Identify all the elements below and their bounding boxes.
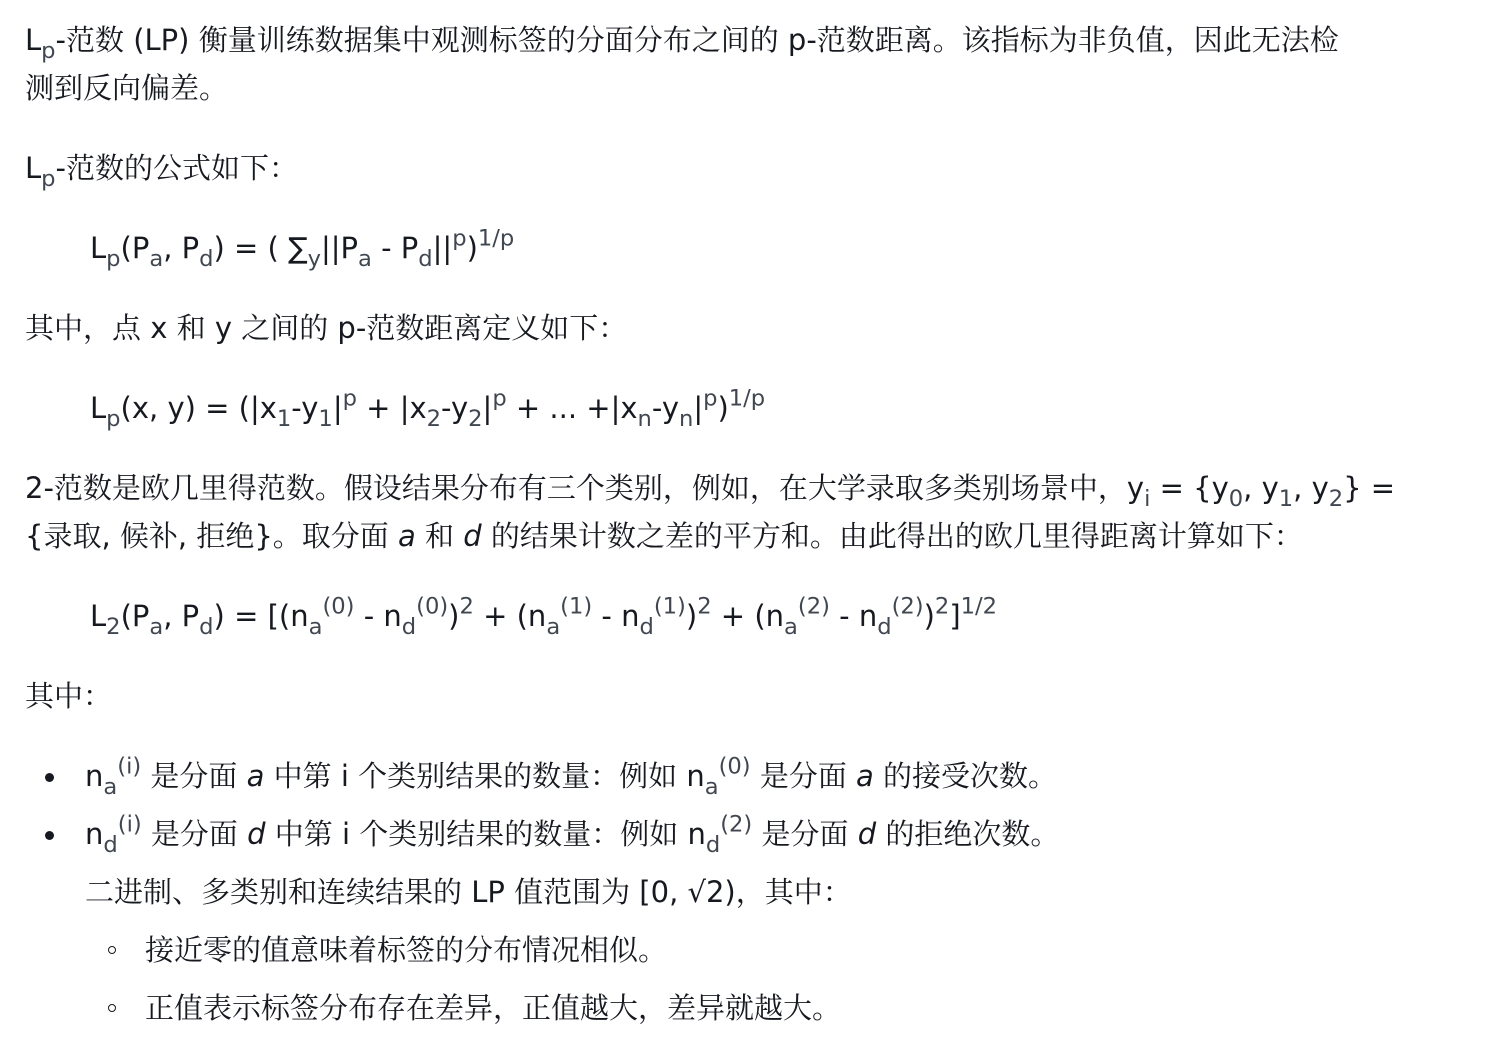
superscript: p: [492, 386, 506, 412]
subscript: a: [309, 614, 323, 640]
bullet-text: 的接受次数。: [874, 759, 1057, 793]
subscript: p: [41, 166, 55, 192]
formula-text: -y: [652, 391, 679, 425]
formula-text: ): [717, 391, 728, 425]
facet-d-italic: d: [463, 519, 481, 553]
paragraph-text: 2-范数是欧几里得范数。假设结果分布有三个类别，例如，在大学录取多类别场景中，y: [25, 471, 1144, 505]
where-distance-definition: 其中，点 x 和 y 之间的 p-范数距离定义如下：: [25, 304, 1482, 352]
subscript: p: [41, 38, 55, 64]
formula-text: ) = [(n: [214, 599, 309, 633]
subscript: 2: [106, 614, 120, 640]
superscript: (0): [322, 594, 354, 620]
formula-text: - n: [354, 599, 401, 633]
formula-text: ]: [949, 599, 960, 633]
subscript: d: [402, 614, 416, 640]
paragraph-text: 的结果计数之差的平方和。由此得出的欧几里得距离计算如下：: [482, 519, 1303, 553]
bullet-dot-icon: [45, 831, 54, 840]
formula-text: + ... +|x: [507, 391, 638, 425]
subscript: d: [706, 832, 720, 858]
bullet-dot-icon: [45, 773, 54, 782]
superscript: 2: [697, 594, 711, 620]
sub-list-item: 正值表示标签分布存在差异，正值越大，差异就越大。: [145, 984, 841, 1032]
paragraph-text: = {y: [1150, 471, 1228, 505]
subscript: 1: [318, 406, 332, 432]
formula-text: |: [333, 391, 343, 425]
subscript: d: [199, 246, 213, 272]
formula-text: ): [448, 599, 459, 633]
superscript: p: [343, 386, 357, 412]
superscript: 2: [459, 594, 473, 620]
superscript: (2): [798, 594, 830, 620]
formula-text: , P: [163, 599, 199, 633]
formula-text: (P: [121, 231, 150, 265]
facet-italic: a: [247, 759, 265, 793]
subscript: d: [418, 246, 432, 272]
superscript: 2: [935, 594, 949, 620]
facet-a-italic: a: [398, 519, 416, 553]
formula-text: |: [693, 391, 703, 425]
subscript: 2: [427, 406, 441, 432]
bullet-text: 是分面: [141, 759, 246, 793]
intro-paragraph: Lp-范数 (LP) 衡量训练数据集中观测标签的分面分布之间的 p-范数距离。该…: [25, 16, 1482, 64]
superscript: (i): [117, 754, 141, 780]
superscript: 1/p: [729, 386, 765, 412]
paragraph-text: , y: [1243, 471, 1279, 505]
formula-text: (P: [121, 599, 150, 633]
subscript: a: [149, 246, 163, 272]
subscript: n: [679, 406, 693, 432]
paragraph-text: {录取, 候补, 拒绝}。取分面: [25, 519, 398, 553]
formula-text: |: [483, 391, 493, 425]
formula-text: L: [90, 599, 106, 633]
subscript: d: [103, 832, 117, 858]
bullet-text: 是分面: [752, 817, 857, 851]
paragraph-text: , y: [1293, 471, 1329, 505]
formula-text: + |x: [357, 391, 427, 425]
subscript: d: [199, 614, 213, 640]
list-item: na(i) 是分面 a 中第 i 个类别结果的数量：例如 na(0) 是分面 a…: [85, 752, 1057, 800]
list-item: nd(i) 是分面 d 中第 i 个类别结果的数量：例如 nd(2) 是分面 d…: [85, 810, 1059, 858]
subscript: d: [639, 614, 653, 640]
superscript: (1): [560, 594, 592, 620]
bullet-text: 中第 i 个类别结果的数量：例如 n: [266, 817, 706, 851]
formula-text: ): [686, 599, 697, 633]
formula-text: -y: [441, 391, 468, 425]
facet-italic: d: [247, 817, 265, 851]
formula-text: ) = ( ∑: [214, 231, 308, 265]
bullet-text: 是分面: [142, 817, 247, 851]
superscript: 1/p: [478, 226, 514, 252]
lp-range-text: 二进制、多类别和连续结果的 LP 值范围为 [0, √2)，其中：: [85, 868, 852, 916]
euclidean-paragraph-line2: {录取, 候补, 拒绝}。取分面 a 和 d 的结果计数之差的平方和。由此得出的…: [25, 512, 1482, 560]
bullet-text: 是分面: [751, 759, 856, 793]
subscript: y: [308, 246, 321, 272]
formula-text: -y: [291, 391, 318, 425]
formula-text: ): [467, 231, 478, 265]
subscript: 1: [1279, 486, 1293, 512]
formula-text: ||P: [321, 231, 358, 265]
subscript: 2: [468, 406, 482, 432]
subscript: 0: [1229, 486, 1243, 512]
formula-text: + (n: [712, 599, 784, 633]
superscript: p: [452, 226, 466, 252]
subscript: a: [103, 774, 117, 800]
subscript: a: [705, 774, 719, 800]
paragraph-text: 和: [416, 519, 463, 553]
facet-italic: d: [858, 817, 876, 851]
formula-intro-text: -范数的公式如下：: [56, 151, 298, 185]
bullet-text: n: [85, 817, 103, 851]
where-label: 其中：: [25, 672, 1482, 720]
formula-intro-text: L: [25, 151, 41, 185]
superscript: (1): [654, 594, 686, 620]
superscript: (0): [719, 754, 751, 780]
euclidean-paragraph: 2-范数是欧几里得范数。假设结果分布有三个类别，例如，在大学录取多类别场景中，y…: [25, 464, 1482, 512]
formula-text: ||: [433, 231, 453, 265]
subscript: p: [106, 246, 120, 272]
facet-italic: a: [856, 759, 874, 793]
superscript: (0): [416, 594, 448, 620]
subscript: 1: [277, 406, 291, 432]
subscript: a: [149, 614, 163, 640]
paragraph-text: } =: [1343, 471, 1395, 505]
document-body: Lp-范数 (LP) 衡量训练数据集中观测标签的分面分布之间的 p-范数距离。该…: [0, 0, 1494, 1038]
bullet-text: 中第 i 个类别结果的数量：例如 n: [264, 759, 704, 793]
superscript: (i): [118, 812, 142, 838]
subscript: a: [546, 614, 560, 640]
formula-text: (x, y) = (|x: [121, 391, 277, 425]
lp-norm-formula: Lp(Pa, Pd) = ( ∑y||Pa - Pd||p)1/p: [90, 224, 514, 272]
intro-text: L: [25, 23, 41, 57]
bullet-text: n: [85, 759, 103, 793]
intro-text: -范数 (LP) 衡量训练数据集中观测标签的分面分布之间的 p-范数距离。该指标…: [56, 23, 1339, 57]
subscript: p: [106, 406, 120, 432]
subscript: a: [358, 246, 372, 272]
formula-intro: Lp-范数的公式如下：: [25, 144, 1482, 192]
formula-text: + (n: [474, 599, 546, 633]
formula-text: - n: [830, 599, 877, 633]
superscript: (2): [892, 594, 924, 620]
sub-list-item: 接近零的值意味着标签的分布情况相似。: [145, 926, 667, 974]
intro-paragraph-line2: 测到反向偏差。: [25, 64, 1482, 112]
superscript: 1/2: [961, 594, 997, 620]
pnorm-distance-formula: Lp(x, y) = (|x1-y1|p + |x2-y2|p + ... +|…: [90, 384, 765, 432]
formula-text: ): [924, 599, 935, 633]
subscript: d: [877, 614, 891, 640]
formula-text: , P: [163, 231, 199, 265]
bullet-circle-icon: [108, 946, 116, 954]
subscript: n: [638, 406, 652, 432]
formula-text: - n: [592, 599, 639, 633]
superscript: p: [703, 386, 717, 412]
bullet-text: 的拒绝次数。: [876, 817, 1059, 851]
formula-text: - P: [372, 231, 418, 265]
subscript: a: [784, 614, 798, 640]
subscript: 2: [1329, 486, 1343, 512]
formula-text: L: [90, 391, 106, 425]
formula-text: L: [90, 231, 106, 265]
bullet-circle-icon: [108, 1004, 116, 1012]
superscript: (2): [720, 812, 752, 838]
euclidean-distance-formula: L2(Pa, Pd) = [(na(0) - nd(0))2 + (na(1) …: [90, 592, 997, 640]
